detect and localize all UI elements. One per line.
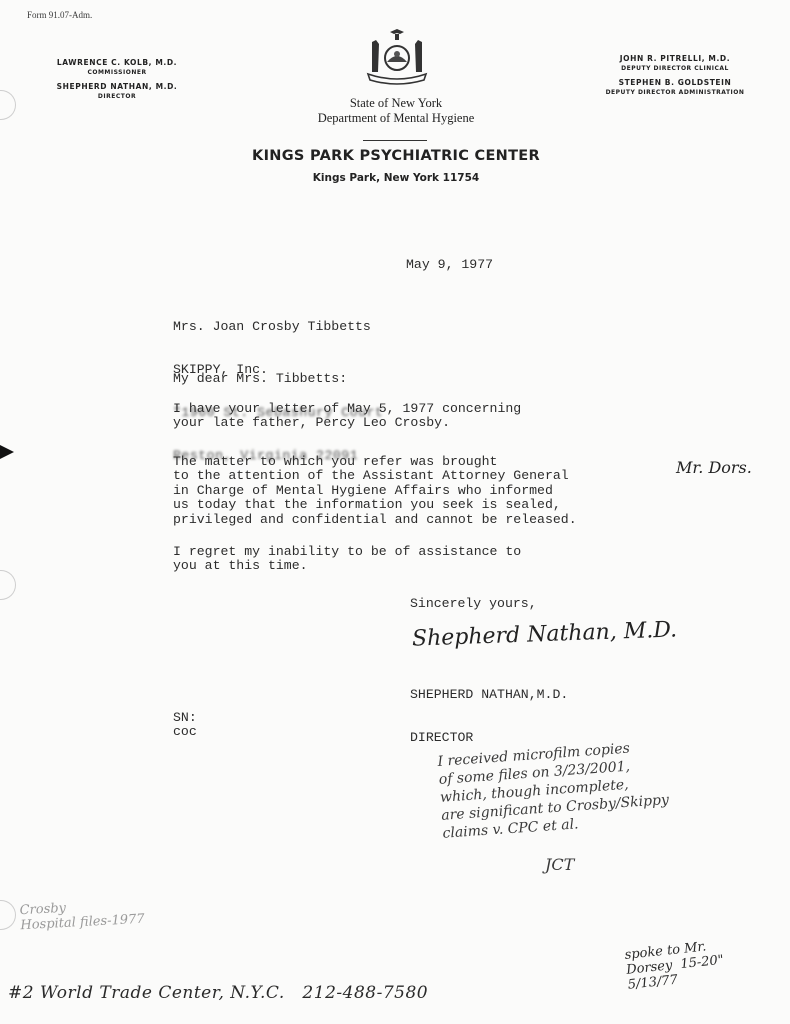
official-title: DEPUTY DIRECTOR CLINICAL — [590, 65, 760, 72]
salutation: My dear Mrs. Tibbetts: — [173, 372, 347, 386]
letter-date: May 9, 1977 — [406, 258, 493, 272]
body-paragraph: The matter to which you refer was brough… — [173, 455, 577, 527]
reference-initials: SN: coc — [173, 711, 197, 740]
official-name: SHEPHERD NATHAN, M.D. — [42, 82, 192, 91]
institution-address: Kings Park, New York 11754 — [250, 172, 542, 184]
hole-punch — [0, 570, 16, 600]
official-name: JOHN R. PITRELLI, M.D. — [590, 54, 760, 63]
bottom-address-note: #2 World Trade Center, N.Y.C. 212-488-75… — [8, 983, 428, 1003]
hole-punch — [0, 900, 16, 930]
received-note-initials: JCT — [545, 855, 574, 874]
margin-handwritten-note: Mr. Dors. — [676, 458, 752, 477]
closing: Sincerely yours, — [410, 597, 537, 611]
hole-punch — [0, 90, 16, 120]
recipient-name: Mrs. Joan Crosby Tibbetts — [173, 320, 383, 334]
handwritten-signature: Shepherd Nathan, M.D. — [412, 617, 678, 651]
form-number: Form 91.07-Adm. — [27, 10, 92, 20]
letterhead-left-officials: LAWRENCE C. KOLB, M.D. COMMISSIONER SHEP… — [42, 58, 192, 102]
letterhead-right-officials: JOHN R. PITRELLI, M.D. DEPUTY DIRECTOR C… — [590, 54, 760, 98]
official-title: DIRECTOR — [42, 93, 192, 100]
letterhead-state-department: State of New York Department of Mental H… — [250, 96, 542, 126]
body-paragraph: I regret my inability to be of assistanc… — [173, 545, 521, 574]
institution-name: KINGS PARK PSYCHIATRIC CENTER — [200, 148, 592, 164]
signer-title: DIRECTOR — [410, 731, 568, 745]
official-name: STEPHEN B. GOLDSTEIN — [590, 78, 760, 87]
pencil-note: Crosby Hospital files-1977 — [19, 897, 145, 933]
official-title: DEPUTY DIRECTOR ADMINISTRATION — [590, 89, 760, 96]
body-paragraph: I have your letter of May 5, 1977 concer… — [173, 402, 521, 431]
received-handwritten-note: I received microfilm copies of some file… — [437, 737, 671, 843]
margin-arrow-mark — [0, 445, 14, 459]
letterhead-divider — [363, 140, 427, 141]
new-york-state-seal-icon — [362, 28, 432, 88]
spoke-to-note: spoke to Mr. Dorsey 15-20" 5/13/77 — [624, 938, 726, 993]
state-name: State of New York — [250, 96, 542, 111]
official-name: LAWRENCE C. KOLB, M.D. — [42, 58, 192, 67]
department-name: Department of Mental Hygiene — [250, 111, 542, 126]
official-title: COMMISSIONER — [42, 69, 192, 76]
signer-name: SHEPHERD NATHAN,M.D. — [410, 688, 568, 702]
